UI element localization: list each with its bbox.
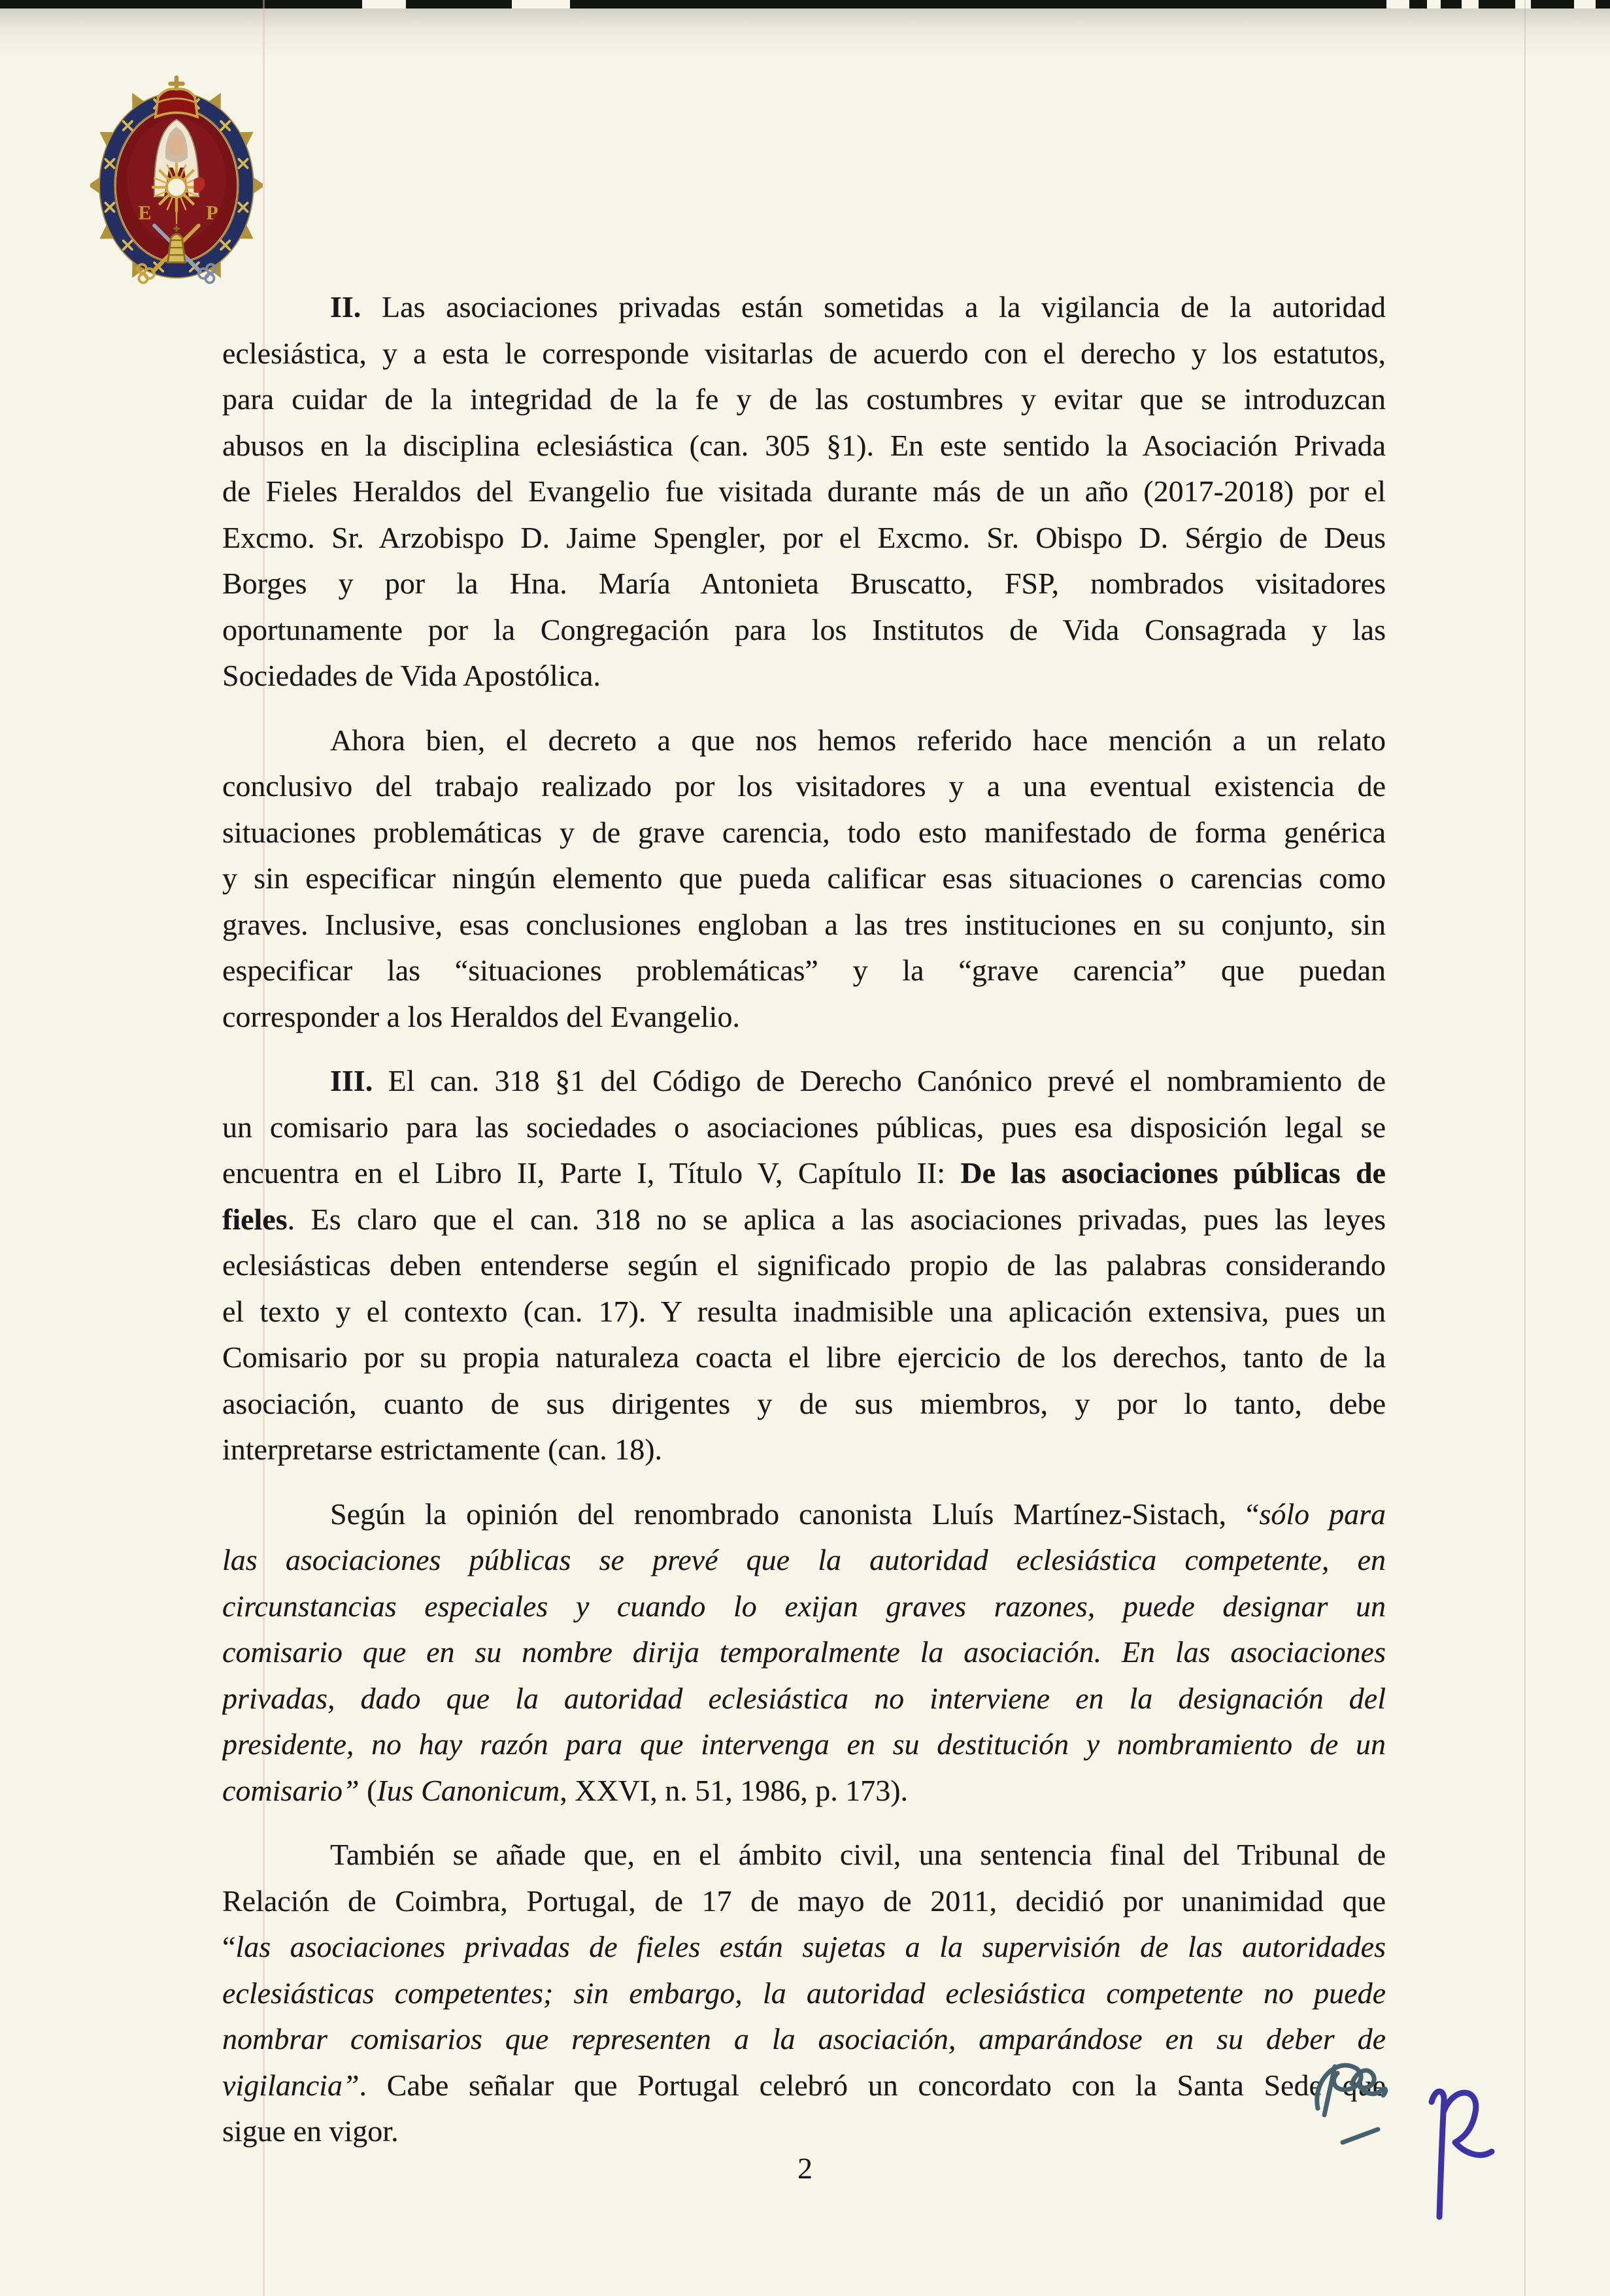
handwritten-initials bbox=[1294, 2044, 1523, 2247]
document-body: II. Las asociaciones privadas están some… bbox=[222, 284, 1386, 2155]
text-line: especificar las “situaciones problemátic… bbox=[222, 948, 1386, 994]
paragraph: Ahora bien, el decreto a que nos hemos r… bbox=[222, 718, 1386, 1040]
text-line: interpretarse estrictamente (can. 18). bbox=[222, 1427, 1386, 1473]
handwritten-initials-teal bbox=[1317, 2065, 1386, 2142]
crown-icon bbox=[156, 89, 197, 117]
text-line: abusos en la disciplina eclesiástica (ca… bbox=[222, 423, 1386, 469]
text-line: III. El can. 318 §1 del Código de Derech… bbox=[222, 1058, 1386, 1105]
text-line: de Fieles Heraldos del Evangelio fue vis… bbox=[222, 469, 1386, 515]
text-line: circunstancias especiales y cuando lo ex… bbox=[222, 1584, 1386, 1630]
text-line: el texto y el contexto (can. 17). Y resu… bbox=[222, 1289, 1386, 1335]
fold-line-right bbox=[1524, 0, 1526, 2296]
text-line: Excmo. Sr. Arzobispo D. Jaime Spengler, … bbox=[222, 515, 1386, 561]
paragraph: III. El can. 318 §1 del Código de Derech… bbox=[222, 1058, 1386, 1473]
text-line: encuentra en el Libro II, Parte I, Títul… bbox=[222, 1150, 1386, 1197]
text-line: Borges y por la Hna. María Antonieta Bru… bbox=[222, 561, 1386, 607]
text-line: Comisario por su propia naturaleza coact… bbox=[222, 1335, 1386, 1381]
text-line: vigilancia”. Cabe señalar que Portugal c… bbox=[222, 2063, 1386, 2109]
text-line: graves. Inclusive, esas conclusiones eng… bbox=[222, 902, 1386, 948]
text-line: las asociaciones públicas se prevé que l… bbox=[222, 1537, 1386, 1584]
text-line: eclesiásticas deben entenderse según el … bbox=[222, 1242, 1386, 1289]
text-line: asociación, cuanto de sus dirigentes y d… bbox=[222, 1381, 1386, 1427]
binding-notch bbox=[1427, 0, 1441, 8]
emblem-letter-p: P bbox=[206, 202, 218, 224]
text-line: También se añade que, en el ámbito civil… bbox=[222, 1832, 1386, 1878]
paragraph: II. Las asociaciones privadas están some… bbox=[222, 284, 1386, 699]
paragraph: También se añade que, en el ámbito civil… bbox=[222, 1832, 1386, 2155]
binding-notch bbox=[512, 0, 570, 8]
scanned-document-page: { "page": { "paper_color": "#f7f6e8", "i… bbox=[0, 0, 1610, 2296]
text-line: Sociedades de Vida Apostólica. bbox=[222, 653, 1386, 699]
text-line: Ahora bien, el decreto a que nos hemos r… bbox=[222, 718, 1386, 764]
binding-notch bbox=[1515, 0, 1531, 8]
text-line: comisario” (Ius Canonicum, XXVI, n. 51, … bbox=[222, 1768, 1386, 1814]
marian-medallion-emblem-icon: E P bbox=[90, 68, 263, 285]
emblem-letter-e: E bbox=[139, 202, 152, 224]
binding-notch bbox=[1574, 0, 1596, 8]
text-line: eclesiásticas competentes; sin embargo, … bbox=[222, 1971, 1386, 2017]
text-line: Según la opinión del renombrado canonist… bbox=[222, 1491, 1386, 1538]
binding-notch bbox=[1386, 0, 1409, 8]
text-line: para cuidar de la integridad de la fe y … bbox=[222, 376, 1386, 423]
handwritten-initials-blue bbox=[1432, 2091, 1492, 2217]
text-line: comisario que en su nombre dirija tempor… bbox=[222, 1629, 1386, 1676]
host-icon bbox=[167, 177, 186, 197]
text-line: “las asociaciones privadas de fieles est… bbox=[222, 1924, 1386, 1971]
text-line: fieles. Es claro que el can. 318 no se a… bbox=[222, 1197, 1386, 1243]
text-line: conclusivo del trabajo realizado por los… bbox=[222, 763, 1386, 810]
text-line: corresponder a los Heraldos del Evangeli… bbox=[222, 994, 1386, 1040]
text-line: situaciones problemáticas y de grave car… bbox=[222, 810, 1386, 856]
text-line: II. Las asociaciones privadas están some… bbox=[222, 284, 1386, 331]
text-line: presidente, no hay razón para que interv… bbox=[222, 1722, 1386, 1768]
binding-notch bbox=[1462, 0, 1479, 8]
text-line: nombrar comisarios que representen a la … bbox=[222, 2016, 1386, 2063]
scan-edge-bar bbox=[0, 0, 1610, 8]
text-line: un comisario para las sociedades o asoci… bbox=[222, 1105, 1386, 1151]
binding-notch bbox=[362, 0, 406, 8]
scan-shadow-band bbox=[0, 8, 1610, 59]
text-line: privadas, dado que la autoridad eclesiás… bbox=[222, 1676, 1386, 1722]
text-line: Relación de Coimbra, Portugal, de 17 de … bbox=[222, 1878, 1386, 1925]
text-line: y sin especificar ningún elemento que pu… bbox=[222, 856, 1386, 902]
paragraph: Según la opinión del renombrado canonist… bbox=[222, 1491, 1386, 1814]
text-line: oportunamente por la Congregación para l… bbox=[222, 607, 1386, 654]
text-line: eclesiástica, y a esta le corresponde vi… bbox=[222, 331, 1386, 377]
